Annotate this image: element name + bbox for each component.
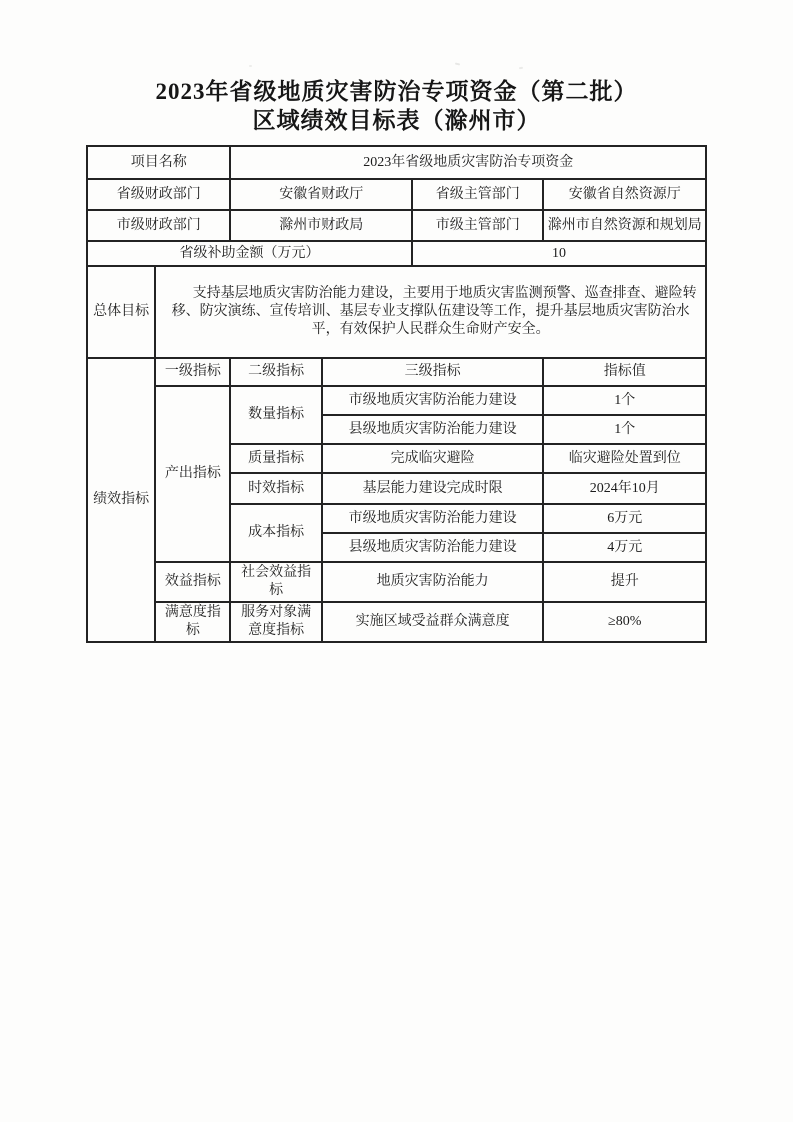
cost-indicator-label: 成本指标 (230, 504, 321, 562)
indicator-value: 临灾避险处置到位 (543, 444, 706, 473)
benefit-indicator-label: 效益指标 (155, 562, 230, 602)
document-title: 2023年省级地质灾害防治专项资金（第二批） 区域绩效目标表（滁州市） (0, 77, 793, 135)
indicator-name: 实施区域受益群众满意度 (322, 602, 544, 642)
table-row: 省级补助金额（万元） 10 (87, 241, 706, 266)
col-header-level2: 二级指标 (230, 358, 321, 386)
municipal-authority-label: 市级主管部门 (412, 210, 543, 241)
indicator-row: 效益指标 社会效益指标 地质灾害防治能力 提升 (87, 562, 706, 602)
col-header-level1: 一级指标 (155, 358, 230, 386)
indicator-name: 地质灾害防治能力 (322, 562, 544, 602)
municipal-finance-dept-value: 滁州市财政局 (230, 210, 412, 241)
indicator-value: 6万元 (543, 504, 706, 533)
indicator-name: 县级地质灾害防治能力建设 (322, 533, 544, 562)
indicator-value: 提升 (543, 562, 706, 602)
municipal-finance-dept-label: 市级财政部门 (87, 210, 230, 241)
performance-target-table: 项目名称 2023年省级地质灾害防治专项资金 省级财政部门 安徽省财政厅 省级主… (86, 145, 707, 643)
indicator-name: 完成临灾避险 (322, 444, 544, 473)
overall-goal-label: 总体目标 (87, 266, 155, 358)
indicator-value: 4万元 (543, 533, 706, 562)
quality-indicator-label: 质量指标 (230, 444, 321, 473)
table-row: 市级财政部门 滁州市财政局 市级主管部门 滁州市自然资源和规划局 (87, 210, 706, 241)
indicator-row: 满意度指标 服务对象满意度指标 实施区域受益群众满意度 ≥80% (87, 602, 706, 642)
table-row: 总体目标 支持基层地质灾害防治能力建设，主要用于地质灾害监测预警、巡查排查、避险… (87, 266, 706, 358)
provincial-authority-label: 省级主管部门 (412, 179, 543, 210)
document-title-line2: 区域绩效目标表（滁州市） (0, 106, 793, 135)
output-indicator-label: 产出指标 (155, 386, 230, 562)
indicator-value: 2024年10月 (543, 473, 706, 504)
indicator-name: 基层能力建设完成时限 (322, 473, 544, 504)
timeliness-indicator-label: 时效指标 (230, 473, 321, 504)
indicator-section-label: 绩效指标 (87, 358, 155, 642)
subsidy-amount-value: 10 (412, 241, 706, 266)
scan-speck (519, 67, 523, 70)
indicator-name: 县级地质灾害防治能力建设 (322, 415, 544, 444)
table-row: 省级财政部门 安徽省财政厅 省级主管部门 安徽省自然资源厅 (87, 179, 706, 210)
project-name-label: 项目名称 (87, 146, 230, 179)
indicator-name: 市级地质灾害防治能力建设 (322, 386, 544, 415)
social-benefit-indicator-label: 社会效益指标 (230, 562, 321, 602)
provincial-authority-value: 安徽省自然资源厅 (543, 179, 706, 210)
indicator-value: ≥80% (543, 602, 706, 642)
table-row: 项目名称 2023年省级地质灾害防治专项资金 (87, 146, 706, 179)
provincial-finance-dept-label: 省级财政部门 (87, 179, 230, 210)
document-title-line1: 2023年省级地质灾害防治专项资金（第二批） (0, 77, 793, 106)
scan-speck (455, 63, 460, 66)
indicator-value: 1个 (543, 386, 706, 415)
scan-speck (249, 65, 252, 67)
satisfaction-indicator-label: 满意度指标 (155, 602, 230, 642)
indicator-value: 1个 (543, 415, 706, 444)
overall-goal-paragraph: 支持基层地质灾害防治能力建设，主要用于地质灾害监测预警、巡查排查、避险转移、防灾… (172, 286, 697, 337)
project-name-value: 2023年省级地质灾害防治专项资金 (230, 146, 706, 179)
provincial-finance-dept-value: 安徽省财政厅 (230, 179, 412, 210)
scanned-document-page: 2023年省级地质灾害防治专项资金（第二批） 区域绩效目标表（滁州市） 项目名称… (0, 0, 793, 1122)
municipal-authority-value: 滁州市自然资源和规划局 (543, 210, 706, 241)
overall-goal-text: 支持基层地质灾害防治能力建设，主要用于地质灾害监测预警、巡查排查、避险转移、防灾… (155, 266, 706, 358)
indicator-row: 产出指标 数量指标 市级地质灾害防治能力建设 1个 (87, 386, 706, 415)
indicator-header-row: 绩效指标 一级指标 二级指标 三级指标 指标值 (87, 358, 706, 386)
subsidy-amount-label: 省级补助金额（万元） (87, 241, 412, 266)
indicator-name: 市级地质灾害防治能力建设 (322, 504, 544, 533)
service-satisfaction-indicator-label: 服务对象满意度指标 (230, 602, 321, 642)
col-header-level3: 三级指标 (322, 358, 544, 386)
quantity-indicator-label: 数量指标 (230, 386, 321, 444)
col-header-value: 指标值 (543, 358, 706, 386)
